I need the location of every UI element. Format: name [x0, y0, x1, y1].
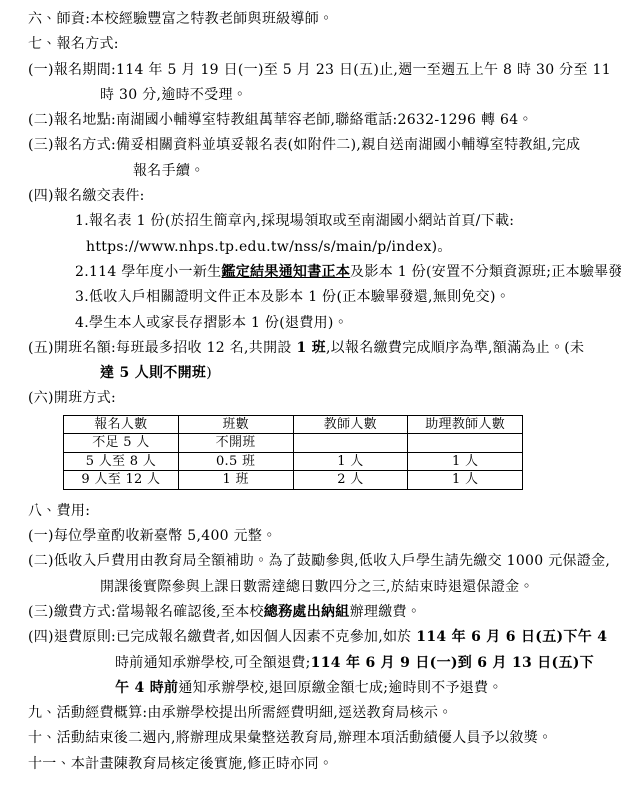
text-segment: 六、師資:本校經驗豐富之特教老師與班級導師。	[28, 11, 333, 27]
table-cell	[293, 434, 408, 453]
class-opening-table: 報名人數班數教師人數助理教師人數 不足 5 人不開班5 人至 8 人0.5 班1…	[63, 415, 523, 490]
table-cell: 不開班	[178, 434, 293, 453]
table-row: 5 人至 8 人0.5 班1 人1 人	[64, 452, 523, 471]
text-segment: (六)開班方式:	[28, 390, 116, 406]
table-cell: 1 人	[293, 452, 408, 471]
table-header-row: 報名人數班數教師人數助理教師人數	[64, 415, 523, 434]
text-segment: (一)報名期間:114 年 5 月 19 日(一)至 5 月 23 日(五)止,…	[28, 62, 611, 78]
doc-line: 時前通知承辦學校,可全額退費;114 年 6 月 9 日(一)到 6 月 13 …	[0, 651, 621, 676]
table-body: 不足 5 人不開班5 人至 8 人0.5 班1 人1 人9 人至 12 人1 班…	[64, 434, 523, 490]
text-segment: )	[206, 365, 212, 381]
doc-line: 開課後實際參與上課日數需達總日數四分之三,於結束時退還保證金。	[0, 575, 621, 600]
text-segment: ,以報名繳費完成順序為準,額滿為止。(未	[326, 340, 584, 356]
bold-text: 1 班	[296, 340, 326, 356]
table-header-cell: 報名人數	[64, 415, 179, 434]
table-row: 9 人至 12 人1 班2 人1 人	[64, 471, 523, 490]
text-segment: 通知承辦學校,退回原繳金額七成;逾時則不予退費。	[178, 680, 502, 696]
doc-line: 時 30 分,逾時不受理。	[0, 83, 621, 108]
table-cell: 1 人	[408, 452, 523, 471]
doc-line: https://www.nhps.tp.edu.tw/nss/s/main/p/…	[0, 235, 621, 260]
text-segment: 辦理繳費。	[350, 604, 422, 620]
doc-line: (三)報名方式:備妥相關資料並填妥報名表(如附件二),親自送南湖國小輔導室特教組…	[0, 133, 621, 158]
text-segment: 4.學生本人或家長存摺影本 1 份(退費用)。	[75, 315, 348, 331]
table-header-cell: 班數	[178, 415, 293, 434]
table-header-cell: 助理教師人數	[408, 415, 523, 434]
doc-line: 報名手續。	[0, 159, 621, 184]
doc-line: (五)開班名額:每班最多招收 12 名,共開設 1 班,以報名繳費完成順序為準,…	[0, 336, 621, 361]
text-segment: https://www.nhps.tp.edu.tw/nss/s/main/p/…	[86, 239, 452, 255]
doc-line: (四)報名繳交表件:	[0, 184, 621, 209]
table-cell: 5 人至 8 人	[64, 452, 179, 471]
text-segment: 十一、本計畫陳教育局核定後實施,修正時亦同。	[28, 756, 333, 772]
doc-line: (二)報名地點:南湖國小輔導室特教組萬華容老師,聯絡電話:2632-1296 轉…	[0, 108, 621, 133]
table-cell	[408, 434, 523, 453]
bold-text: 114 年 6 月 6 日(五)下午 4	[416, 629, 607, 645]
doc-line: 十、活動結束後二週內,將辦理成果彙整送教育局,辦理本項活動績優人員予以敘獎。	[0, 726, 621, 751]
bold-text: 總務處出納組	[264, 604, 350, 620]
text-segment: (四)報名繳交表件:	[28, 188, 145, 204]
doc-line: 七、報名方式:	[0, 32, 621, 57]
text-segment: (四)退費原則:已完成報名繳費者,如因個人因素不克參加,如於	[28, 629, 416, 645]
text-segment: 報名手續。	[133, 163, 205, 179]
document-body-lower: 八、費用:(一)每位學童酌收新臺幣 5,400 元整。(二)低收入戶費用由教育局…	[0, 499, 621, 777]
bold-text: 114 年 6 月 9 日(一)到 6 月 13 日(五)下	[311, 655, 594, 671]
doc-line: 2.114 學年度小一新生鑑定結果通知書正本及影本 1 份(安置不分類資源班;正…	[0, 260, 621, 285]
text-segment: 時 30 分,逾時不受理。	[100, 87, 247, 103]
table-cell: 1 班	[178, 471, 293, 490]
doc-line: (二)低收入戶費用由教育局全額補助。為了鼓勵參與,低收入戶學生請先繳交 1000…	[0, 549, 621, 574]
text-segment: 十、活動結束後二週內,將辦理成果彙整送教育局,辦理本項活動績優人員予以敘獎。	[28, 730, 552, 746]
doc-line: (六)開班方式:	[0, 386, 621, 411]
text-segment: 八、費用:	[28, 503, 90, 519]
doc-line: 4.學生本人或家長存摺影本 1 份(退費用)。	[0, 311, 621, 336]
doc-line: 1.報名表 1 份(於招生簡章內,採現場領取或至南湖國小網站首頁/下載:	[0, 209, 621, 234]
text-segment: (三)繳費方式:當場報名確認後,至本校	[28, 604, 264, 620]
table-cell: 2 人	[293, 471, 408, 490]
doc-line: (一)每位學童酌收新臺幣 5,400 元整。	[0, 524, 621, 549]
doc-line: 十一、本計畫陳教育局核定後實施,修正時亦同。	[0, 752, 621, 777]
text-segment: (二)報名地點:南湖國小輔導室特教組萬華容老師,聯絡電話:2632-1296 轉…	[28, 112, 533, 128]
table-cell: 9 人至 12 人	[64, 471, 179, 490]
table-cell: 不足 5 人	[64, 434, 179, 453]
table-cell: 1 人	[408, 471, 523, 490]
table-cell: 0.5 班	[178, 452, 293, 471]
text-segment: (二)低收入戶費用由教育局全額補助。為了鼓勵參與,低收入戶學生請先繳交 1000…	[28, 553, 610, 569]
doc-line: 3.低收入戶相關證明文件正本及影本 1 份(正本驗畢發還,無則免交)。	[0, 285, 621, 310]
table-row: 不足 5 人不開班	[64, 434, 523, 453]
doc-line: 九、活動經費概算:由承辦學校提出所需經費明細,逕送教育局核示。	[0, 701, 621, 726]
doc-line: 八、費用:	[0, 499, 621, 524]
document-page: 六、師資:本校經驗豐富之特教老師與班級導師。七、報名方式:(一)報名期間:114…	[0, 0, 621, 777]
doc-line: 午 4 時前通知承辦學校,退回原繳金額七成;逾時則不予退費。	[0, 676, 621, 701]
table-header-cell: 教師人數	[293, 415, 408, 434]
doc-line: 達 5 人則不開班)	[0, 361, 621, 386]
doc-line: (四)退費原則:已完成報名繳費者,如因個人因素不克參加,如於 114 年 6 月…	[0, 625, 621, 650]
text-segment: 時前通知承辦學校,可全額退費;	[115, 655, 311, 671]
text-segment: 2.114 學年度小一新生	[75, 264, 221, 280]
underlined-emphasis-text: 鑑定結果通知書正本	[221, 264, 350, 280]
text-segment: 九、活動經費概算:由承辦學校提出所需經費明細,逕送教育局核示。	[28, 705, 452, 721]
bold-text: 午 4 時前	[115, 680, 178, 696]
document-body-upper: 六、師資:本校經驗豐富之特教老師與班級導師。七、報名方式:(一)報名期間:114…	[0, 7, 621, 412]
text-segment: 開課後實際參與上課日數需達總日數四分之三,於結束時退還保證金。	[100, 579, 534, 595]
doc-line: (三)繳費方式:當場報名確認後,至本校總務處出納組辦理繳費。	[0, 600, 621, 625]
doc-line: (一)報名期間:114 年 5 月 19 日(一)至 5 月 23 日(五)止,…	[0, 58, 621, 83]
bold-text: 達 5 人則不開班	[100, 365, 206, 381]
text-segment: 3.低收入戶相關證明文件正本及影本 1 份(正本驗畢發還,無則免交)。	[75, 289, 510, 305]
text-segment: 七、報名方式:	[28, 36, 119, 52]
text-segment: 及影本 1 份(安置不分類資源班;正本驗畢發還)。	[350, 264, 621, 280]
doc-line: 六、師資:本校經驗豐富之特教老師與班級導師。	[0, 7, 621, 32]
text-segment: (五)開班名額:每班最多招收 12 名,共開設	[28, 340, 296, 356]
text-segment: (三)報名方式:備妥相關資料並填妥報名表(如附件二),親自送南湖國小輔導室特教組…	[28, 137, 580, 153]
text-segment: (一)每位學童酌收新臺幣 5,400 元整。	[28, 528, 277, 544]
text-segment: 1.報名表 1 份(於招生簡章內,採現場領取或至南湖國小網站首頁/下載:	[75, 213, 514, 229]
